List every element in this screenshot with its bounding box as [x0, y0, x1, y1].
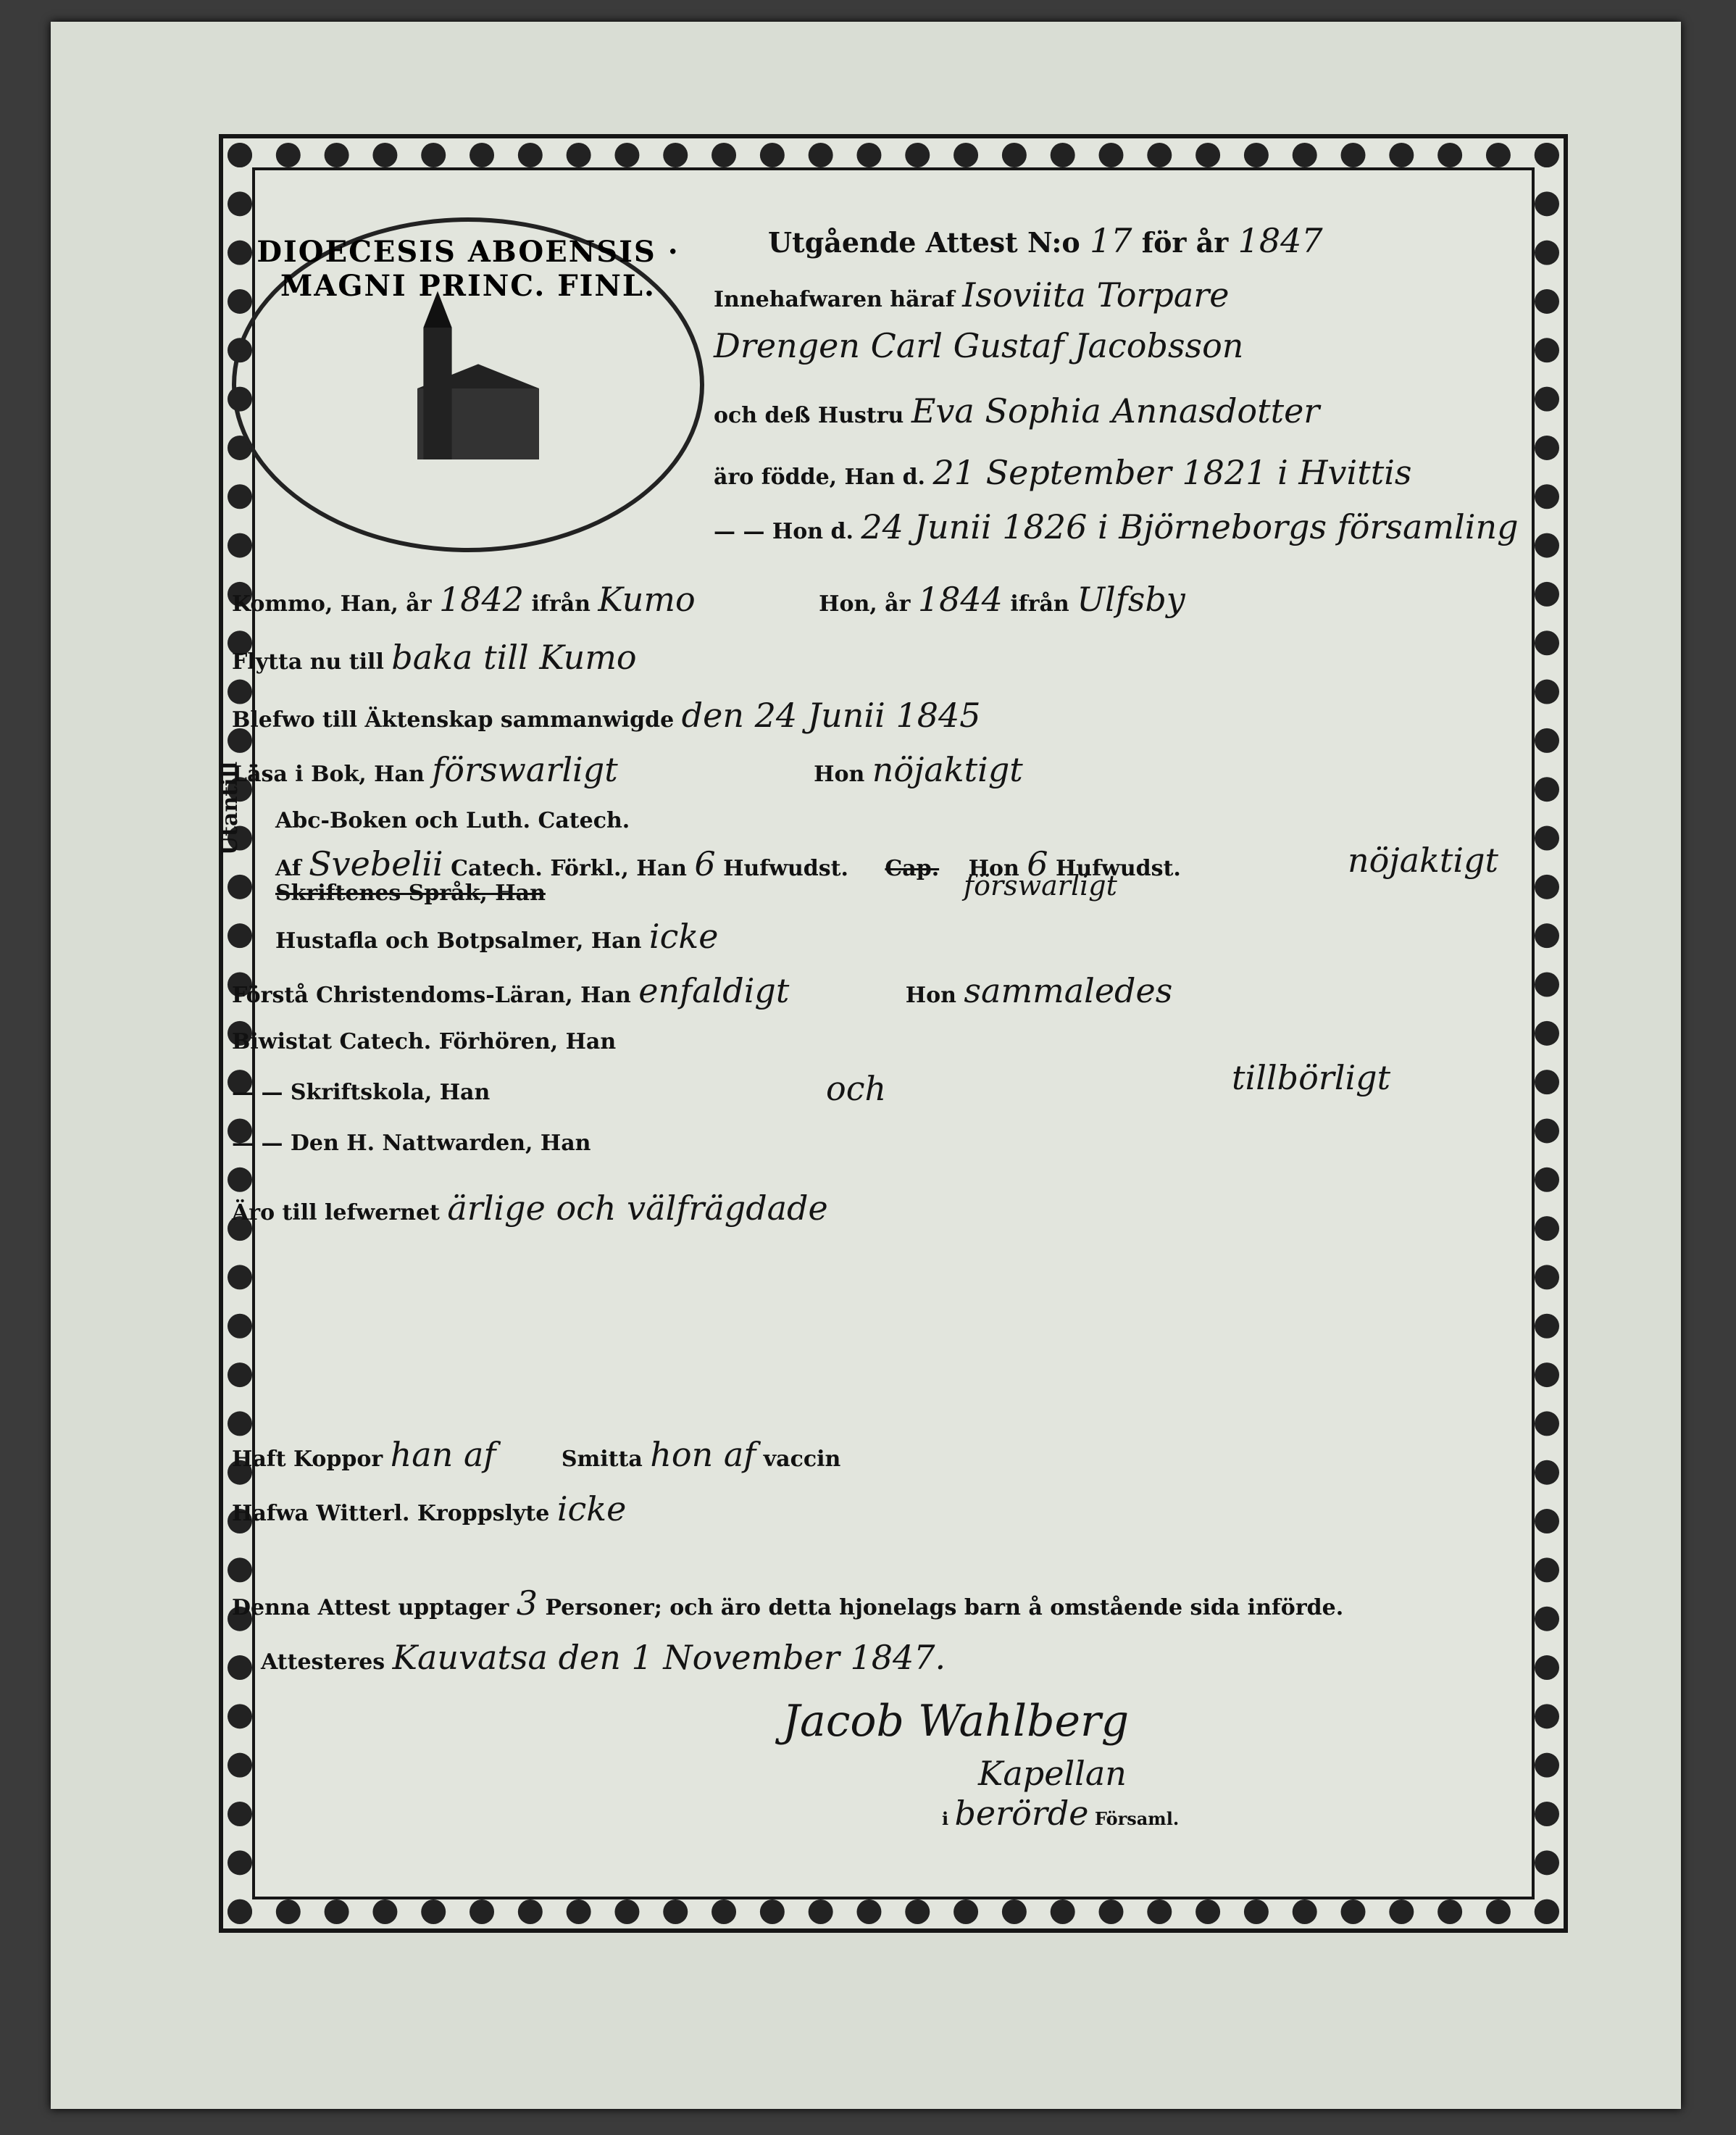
hon-brace-value: nöjaktigt	[1348, 841, 1498, 880]
kroppslyte-label: Hafwa Witterl. Kroppslyte	[232, 1501, 549, 1526]
came-hon-label: Hon, år	[819, 591, 910, 617]
persons-suffix: Personer; och äro detta hjonelags barn å…	[545, 1595, 1343, 1620]
parish-suffix: Församl.	[1095, 1808, 1179, 1829]
year-label: för år	[1142, 226, 1229, 259]
born-han-line: äro födde, Han d. 21 September 1821 i Hv…	[714, 453, 1412, 492]
biwistat-label: Biwistat Catech. Förhören, Han	[232, 1029, 616, 1054]
came-hon-from: Ulfsby	[1077, 580, 1185, 619]
holder-value-1: Isoviita Torpare	[962, 275, 1229, 315]
read-hon-label: Hon	[814, 762, 864, 787]
utantill-label: Utantill	[217, 762, 243, 855]
hustafla-value: icke	[649, 917, 719, 956]
lefwernet-line: Äro till lefwernet ärlige och välfrägdad…	[232, 1189, 828, 1228]
han-brace-value: förswarligt	[964, 870, 1117, 902]
born-label: äro födde, Han d.	[714, 465, 925, 490]
read-han: förswarligt	[432, 750, 617, 789]
holder-value-2: Drengen Carl Gustaf Jacobsson	[714, 326, 1243, 365]
married-label: Blefwo till Äktenskap sammanwigde	[232, 707, 674, 733]
born-hon-line: — — Hon d. 24 Junii 1826 i Björneborgs f…	[714, 507, 1519, 546]
forsta-hon-label: Hon	[906, 983, 956, 1008]
came-han-year: 1842	[439, 580, 524, 619]
persons-count: 3	[517, 1583, 538, 1623]
came-hon-year: 1844	[918, 580, 1003, 619]
han-hufwudst: Hufwudst.	[723, 856, 848, 881]
from-label-hon: ifrån	[1010, 591, 1069, 617]
attended-hon: tillbörligt	[1232, 1058, 1390, 1097]
title-line: Utgående Attest N:o 17 för år 1847	[768, 221, 1323, 260]
married-value: den 24 Junii 1845	[682, 696, 981, 735]
born-hon-label: — — Hon d.	[714, 519, 854, 544]
forsta-han: enfaldigt	[638, 971, 789, 1010]
born-han-value: 21 September 1821 i Hvittis	[932, 453, 1411, 492]
parish-line: i berörde Församl.	[942, 1794, 1179, 1833]
forsta-line: Förstå Christendoms-Läran, Han enfaldigt…	[232, 971, 1172, 1010]
signer-title: Kapellan	[978, 1754, 1127, 1793]
attesteres-label: Attesteres	[261, 1649, 385, 1675]
catech-label: Catech. Förkl., Han	[451, 856, 687, 881]
nattwarden-label: — — Den H. Nattwarden, Han	[232, 1131, 591, 1156]
holder-line: Innehafwaren häraf Isoviita Torpare	[714, 275, 1229, 315]
koppor-label: Haft Koppor	[232, 1447, 383, 1472]
forsta-label: Förstå Christendoms-Läran, Han	[232, 983, 631, 1008]
holder-label: Innehafwaren häraf	[714, 287, 955, 312]
kroppslyte-value: icke	[557, 1489, 627, 1528]
read-line: Läsa i Bok, Han förswarligt Hon nöjaktig…	[232, 750, 1023, 789]
wife-label: och deß Hustru	[714, 403, 904, 428]
koppor-line: Haft Koppor han af Smitta hon af vaccin	[232, 1435, 840, 1474]
attesteres-line: Attesteres Kauvatsa den 1 November 1847.	[261, 1638, 946, 1677]
attesteres-value: Kauvatsa den 1 November 1847.	[393, 1638, 946, 1677]
vaccin-label: vaccin	[764, 1447, 841, 1472]
parish-value: berörde	[954, 1794, 1088, 1833]
hustafla-label: Hustafla och Botpsalmer, Han	[275, 928, 641, 954]
forsta-hon: sammaledes	[964, 971, 1172, 1010]
koppor-han: han af	[391, 1435, 496, 1474]
skriftskola-label: — — Skriftskola, Han	[232, 1080, 490, 1105]
move-label: Flytta nu till	[232, 649, 384, 675]
attest-year: 1847	[1238, 221, 1323, 260]
wife-line: och deß Hustru Eva Sophia Annasdotter	[714, 391, 1319, 430]
read-label: Läsa i Bok, Han	[232, 762, 425, 787]
born-hon-value: 24 Junii 1826 i Björneborgs församling	[861, 507, 1518, 546]
attest-form: Utgående Attest N:o 17 för år 1847 Inneh…	[217, 203, 1464, 1870]
persons-prefix: Denna Attest upptager	[232, 1595, 509, 1620]
move-line: Flytta nu till baka till Kumo	[232, 638, 637, 677]
signature: Jacob Wahlberg	[783, 1696, 1129, 1747]
kroppslyte-line: Hafwa Witterl. Kroppslyte icke	[232, 1489, 626, 1528]
attest-number: 17	[1090, 221, 1132, 260]
read-hon: nöjaktigt	[872, 750, 1023, 789]
han-cap: 6	[694, 844, 715, 883]
hustafla-line: Hustafla och Botpsalmer, Han icke	[275, 917, 718, 956]
came-line: Kommo, Han, år 1842 ifrån Kumo Hon, år 1…	[232, 580, 1185, 619]
from-label: ifrån	[532, 591, 591, 617]
koppor-hon: hon af	[650, 1435, 756, 1474]
move-value: baka till Kumo	[391, 638, 636, 677]
lefwernet-value: ärlige och välfrägdade	[447, 1189, 827, 1228]
abc-label: Abc-Boken och Luth. Catech.	[275, 808, 630, 833]
came-han-from: Kumo	[598, 580, 695, 619]
parish-prefix: i	[942, 1808, 948, 1829]
married-line: Blefwo till Äktenskap sammanwigde den 24…	[232, 696, 981, 735]
han-cap-label: Cap.	[885, 856, 939, 881]
came-label: Kommo, Han, år	[232, 591, 432, 617]
af-value: Svebelii	[309, 844, 443, 883]
skrift-label: Skriftenes Språk, Han	[275, 881, 546, 906]
af-label: Af	[275, 856, 301, 881]
smitta-label: Smitta	[562, 1447, 643, 1472]
wife-value: Eva Sophia Annasdotter	[911, 391, 1319, 430]
attended-han: och	[826, 1069, 886, 1108]
lefwernet-label: Äro till lefwernet	[232, 1200, 440, 1225]
persons-line: Denna Attest upptager 3 Personer; och är…	[232, 1583, 1343, 1623]
title-prefix: Utgående Attest N:o	[768, 226, 1080, 259]
